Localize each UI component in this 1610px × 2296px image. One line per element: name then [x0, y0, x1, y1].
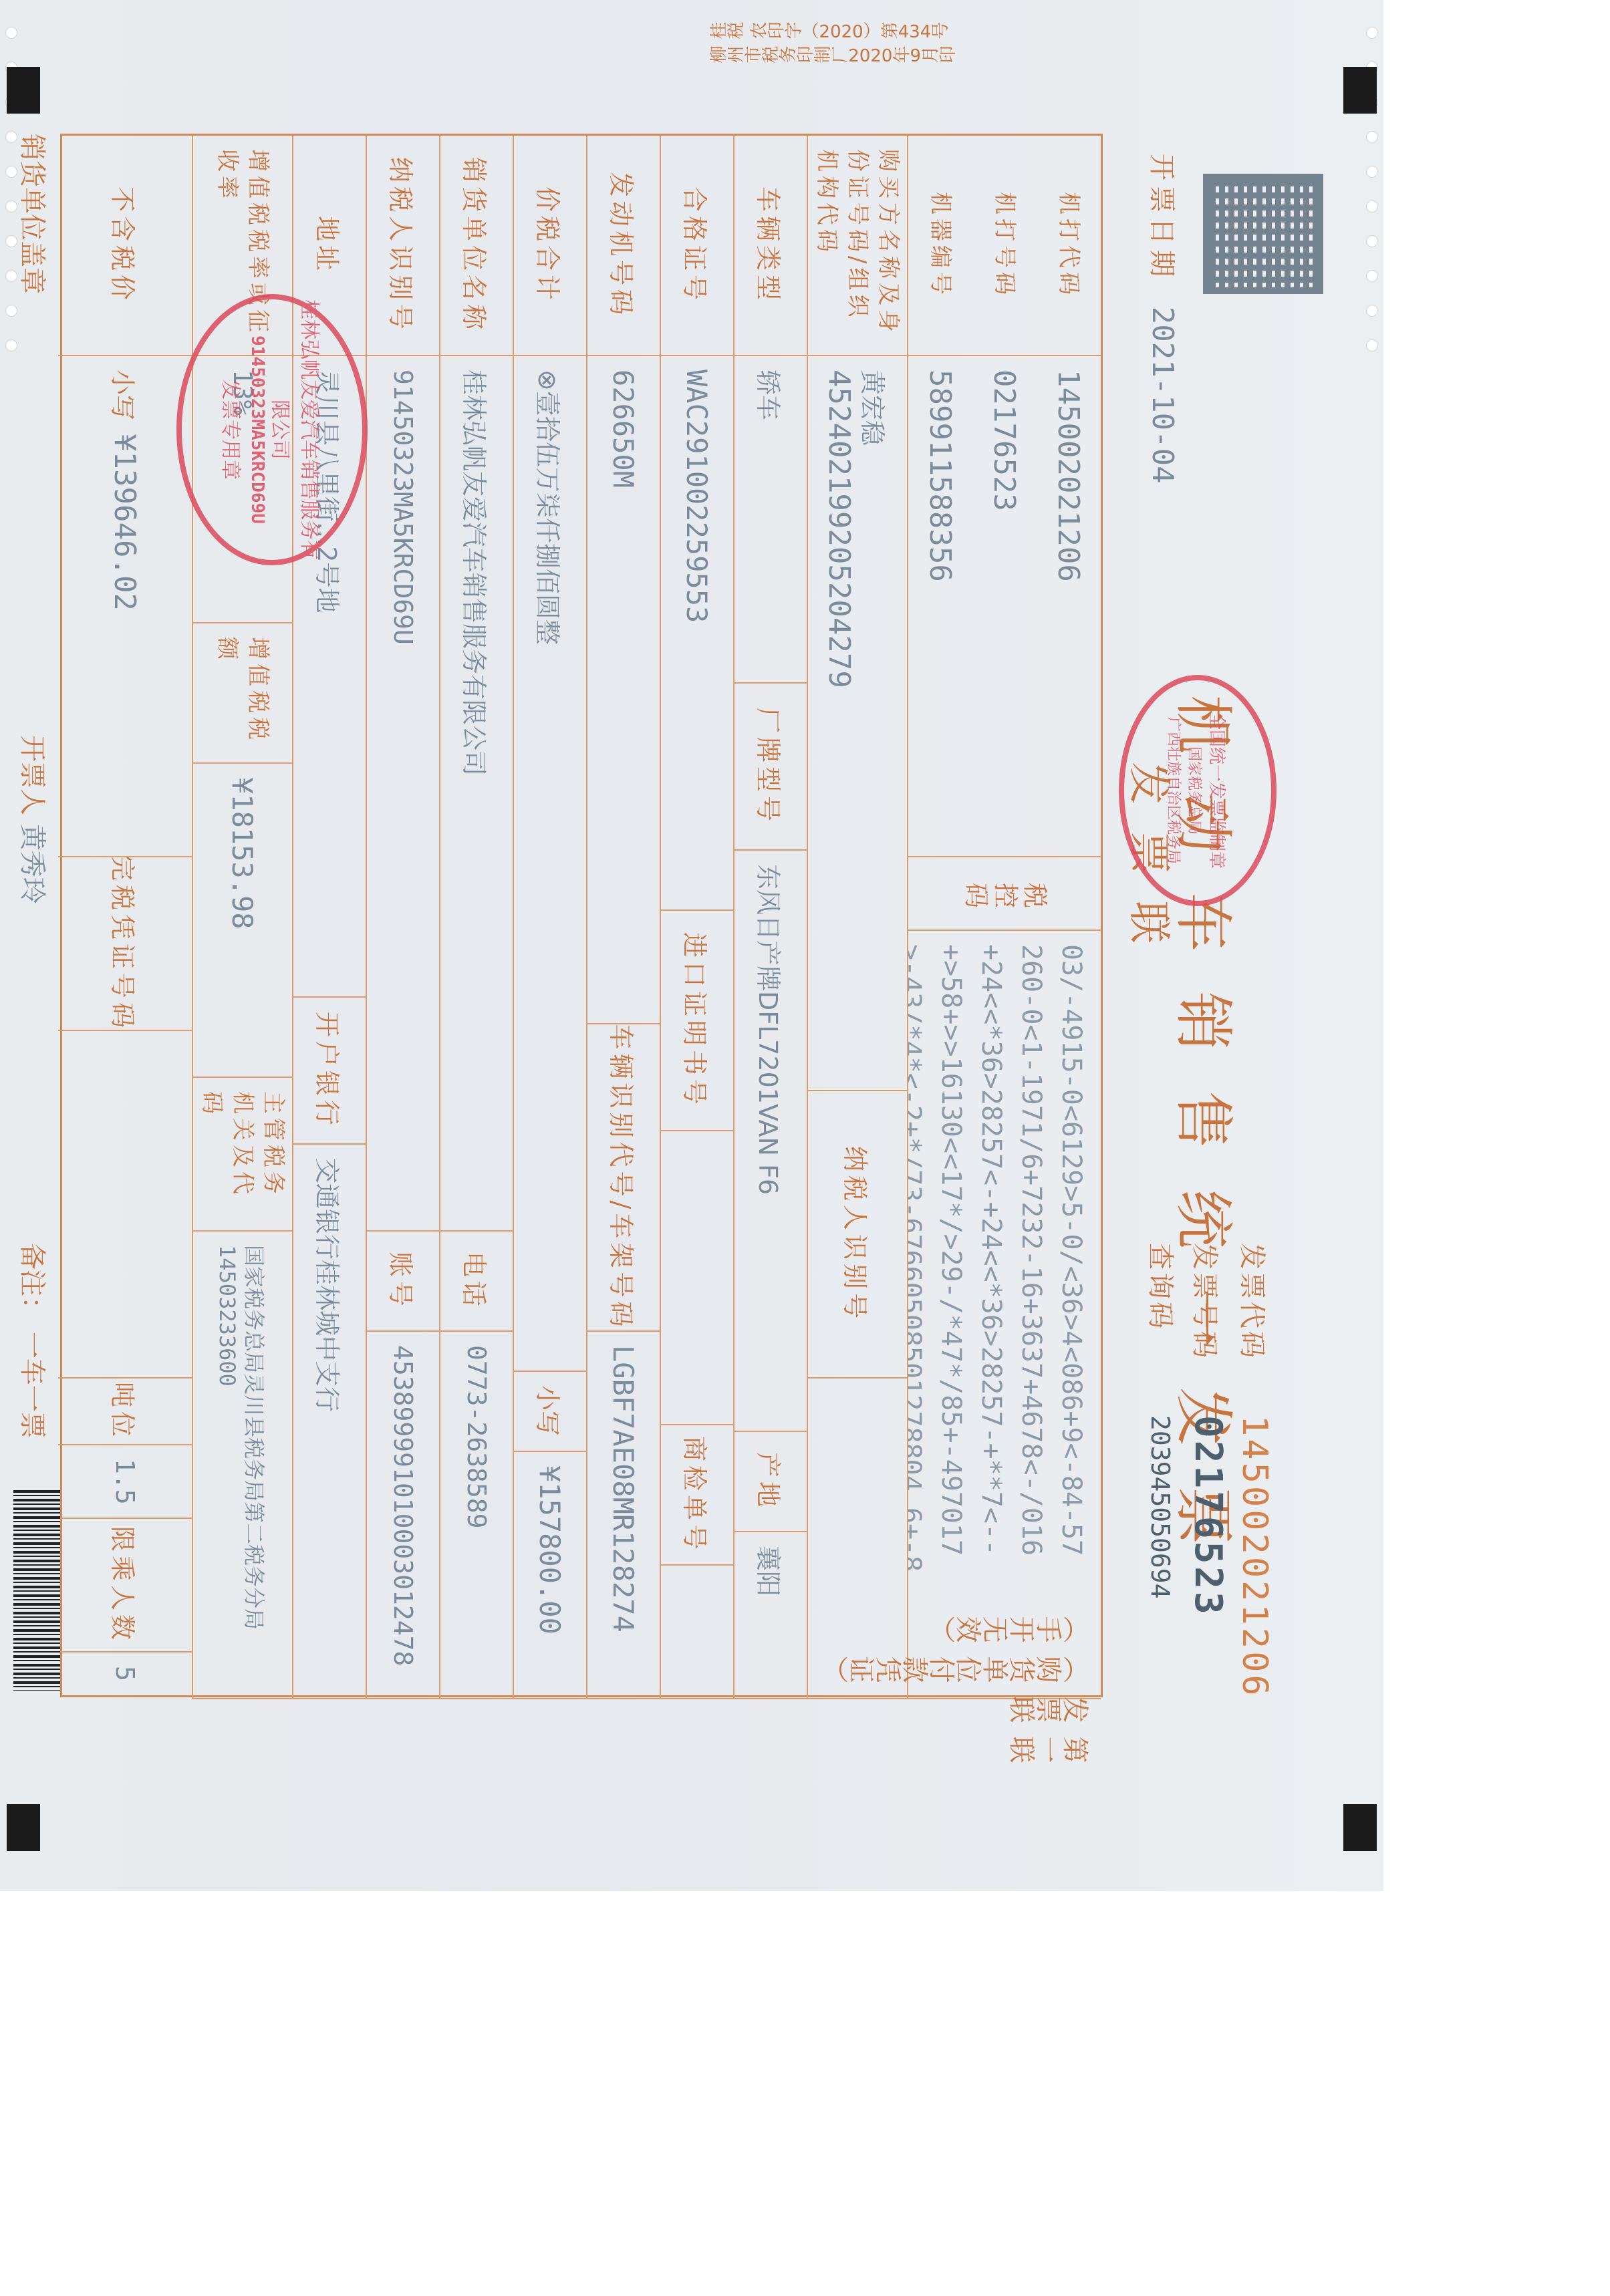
query-code-label: 查询码	[1138, 1243, 1182, 1403]
tax-bureau-stamp: 全国统一发票监制章 国家税务总局 广西壮族自治区税务局	[1119, 675, 1277, 906]
tax-amount-label: 增值税税额	[192, 623, 292, 764]
side-label: （手开无效）	[822, 1607, 1089, 1647]
vehicle-type-label: 车辆类型	[733, 136, 807, 356]
import-cert	[660, 1131, 733, 1425]
stamp-text: 桂林弘帆友爱汽车销售服务有限公司	[267, 299, 326, 560]
pretax-label: 不含税价	[58, 136, 192, 356]
brand-model-label: 厂牌型号	[733, 684, 807, 851]
issue-date-label: 开票日期	[1146, 154, 1177, 282]
machine-code-label: 机打代码	[1053, 192, 1084, 299]
inspection-label: 商检单号	[660, 1425, 733, 1566]
engine-number: 626650M	[586, 356, 660, 1024]
invoice-meta: 发票代码145002021206 发票号码02176523 查询码2039450…	[1138, 1243, 1277, 1699]
registration-mark	[7, 1804, 40, 1851]
side-label: 发票联	[822, 1687, 1089, 1727]
invoice-scan: 开票日期 2021-10-04 机动车销售统一发票 发票联 全国统一发票监制章 …	[0, 0, 1383, 1891]
origin: 襄阳	[733, 1532, 807, 1699]
seller-phone-label: 电话	[439, 1232, 513, 1332]
motor-vehicle-invoice: 开票日期 2021-10-04 机动车销售统一发票 发票联 全国统一发票监制章 …	[0, 0, 1383, 1891]
seller-taxpayer-id-label: 纳税人识别号	[366, 136, 439, 356]
tax-control-line: 260-0<1-1971/6+7232-16+3637+4678<-/016	[1011, 944, 1051, 1556]
stamp-text: 国家税务总局	[1186, 746, 1206, 835]
inspection	[660, 1566, 733, 1699]
side-labels: 第一联 发票联 （购货单位付款凭证） （手开无效）	[822, 1721, 1089, 1767]
tax-control-label: 税控码	[907, 857, 1101, 931]
invoice-code: 145002021206	[1234, 1415, 1274, 1699]
invoice-number: 02176523	[1186, 1415, 1230, 1617]
tax-control-code: 03/-4915-0<6129>5-0/<36>4<086+9<-84-57 2…	[907, 931, 1101, 1699]
buyer-taxpayer-id-label: 纳税人识别号	[807, 1091, 907, 1379]
tonnage-label: 吨位	[58, 1379, 192, 1445]
tax-cert	[58, 1031, 192, 1379]
buyer-label: 购买方名称及身份证号码/组织机构代码	[807, 136, 907, 356]
origin-label: 产地	[733, 1432, 807, 1532]
seller-invoice-stamp: 桂林弘帆友爱汽车销售服务有限公司 91450323MA5KRCD69U 发票专用…	[176, 294, 368, 565]
pretax-amount: ¥139646.02	[108, 434, 142, 611]
brand-model: 东风日产牌DFL7201VAN F6	[733, 851, 807, 1432]
pretax-value: 小写 ¥139646.02	[58, 356, 192, 857]
tonnage: 1.5	[58, 1445, 192, 1519]
seller-name-label: 销货单位名称	[439, 136, 513, 356]
seller-name: 桂林弘帆友爱汽车销售服务有限公司	[439, 356, 513, 1232]
certificate: WAC291002259553	[660, 356, 733, 911]
passengers: 5	[58, 1653, 192, 1699]
tax-authority-label: 主管税务机关及代码	[192, 1078, 292, 1232]
registration-mark	[7, 67, 40, 114]
vehicle-type: 轿车	[733, 356, 807, 684]
tax-control-line: +24<<*36>28257<-+24<<*36>28257-+**7<--	[971, 944, 1011, 1556]
tax-control-line: +>58+>>16130<<17*/>29-/*47*/85+-497017	[931, 944, 971, 1556]
seller-account-label: 账号	[366, 1232, 439, 1332]
stamp-text: 发票专用章	[218, 380, 247, 480]
seller-account: 453899991010003012478	[366, 1332, 439, 1699]
vin-label: 车辆识别代号/车架号码	[586, 1024, 660, 1332]
price-total-small-label: 小写	[513, 1372, 586, 1452]
machine-labels: 机打代码 机打号码 机器编号	[907, 136, 1101, 356]
tax-authority: 国家税务总局灵川县税务局第二税务分局 14503233600	[192, 1232, 292, 1699]
tractor-feed-holes	[1361, 0, 1383, 1891]
side-label: 第一联	[822, 1727, 1089, 1767]
tax-authority-code: 14503233600	[215, 1245, 240, 1387]
tax-cert-label: 完税凭证号码	[58, 857, 192, 1031]
tax-authority-name: 国家税务总局灵川县税务局第二税务分局	[240, 1245, 271, 1630]
passengers-label: 限乘人数	[58, 1519, 192, 1653]
print-note-line: 桂税 农印字（2020）第434号	[709, 20, 956, 44]
machine-code: 145002021206	[1052, 370, 1086, 582]
certificate-label: 合格证号	[660, 136, 733, 356]
tax-control-line: 03/-4915-0<6129>5-0/<36>4<086+9<-84-57	[1051, 944, 1091, 1556]
tax-control-line: >-43/*4*<-2+*/73-67660508501278804 6+-8	[907, 944, 931, 1572]
pretax-small-label: 小写	[107, 370, 144, 420]
machine-serial-label: 机器编号	[925, 192, 956, 299]
seller-bank-label: 开户银行	[292, 998, 366, 1145]
stamp-text: 广西壮族自治区税务局	[1165, 717, 1186, 864]
machine-number: 02176523	[988, 370, 1022, 511]
tractor-feed-holes	[0, 0, 23, 1891]
print-note: 桂税 农印字（2020）第434号 柳州市税务印制厂2020年9月印	[709, 20, 956, 114]
registration-mark	[1343, 1804, 1377, 1851]
price-total-label: 价税合计	[513, 136, 586, 356]
machine-number-label: 机打号码	[989, 192, 1020, 299]
registration-mark	[1343, 67, 1377, 114]
issue-date: 开票日期 2021-10-04	[1145, 154, 1183, 484]
buyer-name: 黄宏稳	[856, 370, 893, 446]
query-code: 20394505069​4	[1146, 1415, 1175, 1599]
stamp-text: 91450323MA5KRCD69U	[247, 335, 267, 524]
price-total-words: ⊗壹拾伍万柒仟捌佰圆整	[513, 356, 586, 1372]
print-note-line: 柳州市税务印制厂2020年9月印	[709, 44, 956, 68]
invoice-number-label: 发票号码	[1182, 1243, 1226, 1403]
machine-values: 145002021206 02176523 589911588356	[907, 356, 1101, 857]
vin: LGBF7AE08MR128274	[586, 1332, 660, 1699]
seller-taxpayer-id: 91450323MA5KRCD69U	[366, 356, 439, 1232]
issue-date-value: 2021-10-04	[1146, 307, 1180, 484]
stamp-text: 全国统一发票监制章	[1206, 712, 1231, 869]
price-total-amount: ¥157800.00	[513, 1452, 586, 1699]
seller-phone: 0773-2638589	[439, 1332, 513, 1699]
import-cert-label: 进口证明书号	[660, 911, 733, 1131]
qr-code	[1203, 174, 1323, 294]
buyer-id-number: 452402199205204279	[822, 370, 856, 688]
engine-label: 发动机号码	[586, 136, 660, 356]
seller-bank: 交通银行桂林城中支行	[292, 1145, 366, 1699]
side-label: （购货单位付款凭证）	[822, 1647, 1089, 1687]
buyer-value: 黄宏稳 452402199205204279	[807, 356, 907, 1091]
tax-amount: ¥18153.98	[192, 764, 292, 1078]
machine-serial: 589911588356	[924, 370, 958, 582]
invoice-code-label: 发票代码	[1230, 1243, 1274, 1403]
